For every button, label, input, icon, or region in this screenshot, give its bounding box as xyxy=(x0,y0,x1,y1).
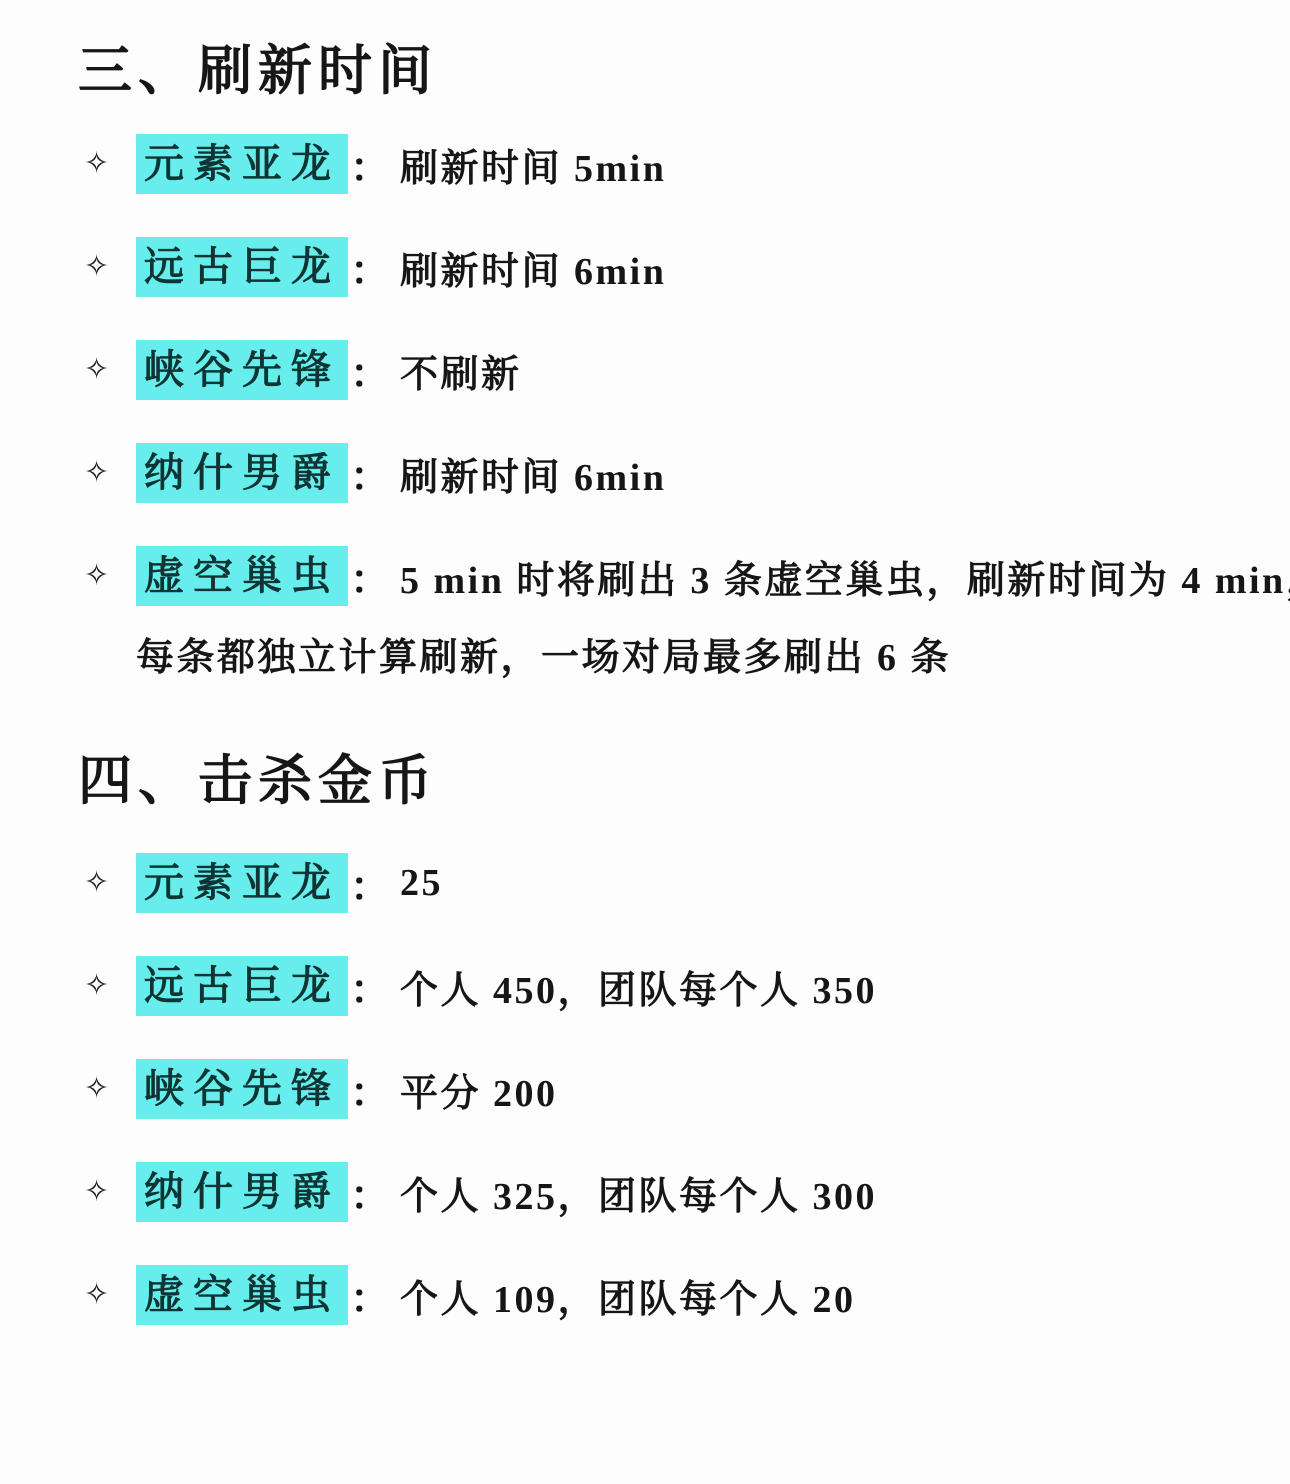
diamond-bullet-icon: ✧ xyxy=(84,1265,136,1325)
item-desc: 平分 200 xyxy=(400,1062,558,1117)
term-highlight: 远古巨龙 xyxy=(136,237,348,297)
term-highlight: 纳什男爵 xyxy=(136,443,348,503)
diamond-bullet-icon: ✧ xyxy=(84,1162,136,1222)
item-desc: 刷新时间 6min xyxy=(400,446,666,501)
term-highlight: 元素亚龙 xyxy=(136,134,348,194)
diamond-bullet-icon: ✧ xyxy=(84,134,136,194)
diamond-bullet-icon: ✧ xyxy=(84,443,136,503)
diamond-bullet-icon: ✧ xyxy=(84,237,136,297)
term-colon: ： xyxy=(350,136,390,193)
term-highlight: 峡谷先锋 xyxy=(136,340,348,400)
refresh-time-list: ✧ 元素亚龙 ： 刷新时间 5min ✧ 远古巨龙 ： 刷新时间 6min ✧ xyxy=(78,134,1260,682)
diamond-bullet-icon: ✧ xyxy=(84,853,136,913)
list-item: ✧ 虚空巢虫 ： 个人 109，团队每个人 20 xyxy=(78,1265,1260,1325)
term-highlight: 元素亚龙 xyxy=(136,853,348,913)
section-heading-refresh-time: 三、刷新时间 xyxy=(78,42,1260,101)
kill-gold-list: ✧ 元素亚龙 ： 25 ✧ 远古巨龙 ： 个人 450，团队每个人 350 ✧ xyxy=(78,853,1260,1325)
term-colon: ： xyxy=(350,239,390,296)
item-desc-line2: 每条都独立计算刷新，一场对局最多刷出 6 条 xyxy=(136,636,1260,682)
list-item: ✧ 远古巨龙 ： 刷新时间 6min xyxy=(78,237,1260,297)
term-colon: ： xyxy=(350,445,390,502)
term-highlight: 峡谷先锋 xyxy=(136,1059,348,1119)
section-heading-kill-gold: 四、击杀金币 xyxy=(78,752,1260,811)
term-colon: ： xyxy=(350,958,390,1015)
list-item: ✧ 元素亚龙 ： 25 xyxy=(78,853,1260,913)
term-colon: ： xyxy=(350,548,390,605)
list-item: ✧ 纳什男爵 ： 刷新时间 6min xyxy=(78,443,1260,503)
term-highlight: 远古巨龙 xyxy=(136,956,348,1016)
document-page: 三、刷新时间 ✧ 元素亚龙 ： 刷新时间 5min ✧ 远古巨龙 ： 刷新时间 … xyxy=(0,0,1290,1484)
list-item: ✧ 元素亚龙 ： 刷新时间 5min xyxy=(78,134,1260,194)
item-desc: 个人 325，团队每个人 300 xyxy=(400,1165,877,1220)
item-desc: 25 xyxy=(400,861,443,905)
diamond-bullet-icon: ✧ xyxy=(84,1059,136,1119)
list-item: ✧ 远古巨龙 ： 个人 450，团队每个人 350 xyxy=(78,956,1260,1016)
term-highlight: 虚空巢虫 xyxy=(136,546,348,606)
term-colon: ： xyxy=(350,855,390,912)
item-desc: 个人 109，团队每个人 20 xyxy=(400,1268,856,1323)
term-highlight: 虚空巢虫 xyxy=(136,1265,348,1325)
item-desc: 刷新时间 6min xyxy=(400,240,666,295)
diamond-bullet-icon: ✧ xyxy=(84,956,136,1016)
item-desc: 个人 450，团队每个人 350 xyxy=(400,959,877,1014)
item-desc: 刷新时间 5min xyxy=(400,137,666,192)
item-desc: 5 min 时将刷出 3 条虚空巢虫，刷新时间为 4 min， xyxy=(400,549,1290,604)
diamond-bullet-icon: ✧ xyxy=(84,546,136,606)
term-colon: ： xyxy=(350,1164,390,1221)
term-colon: ： xyxy=(350,1267,390,1324)
list-item: ✧ 纳什男爵 ： 个人 325，团队每个人 300 xyxy=(78,1162,1260,1222)
list-item: ✧ 虚空巢虫 ： 5 min 时将刷出 3 条虚空巢虫，刷新时间为 4 min，… xyxy=(78,546,1260,682)
term-colon: ： xyxy=(350,342,390,399)
term-colon: ： xyxy=(350,1061,390,1118)
diamond-bullet-icon: ✧ xyxy=(84,340,136,400)
item-desc: 不刷新 xyxy=(400,343,522,398)
term-highlight: 纳什男爵 xyxy=(136,1162,348,1222)
list-item: ✧ 峡谷先锋 ： 平分 200 xyxy=(78,1059,1260,1119)
list-item: ✧ 峡谷先锋 ： 不刷新 xyxy=(78,340,1260,400)
